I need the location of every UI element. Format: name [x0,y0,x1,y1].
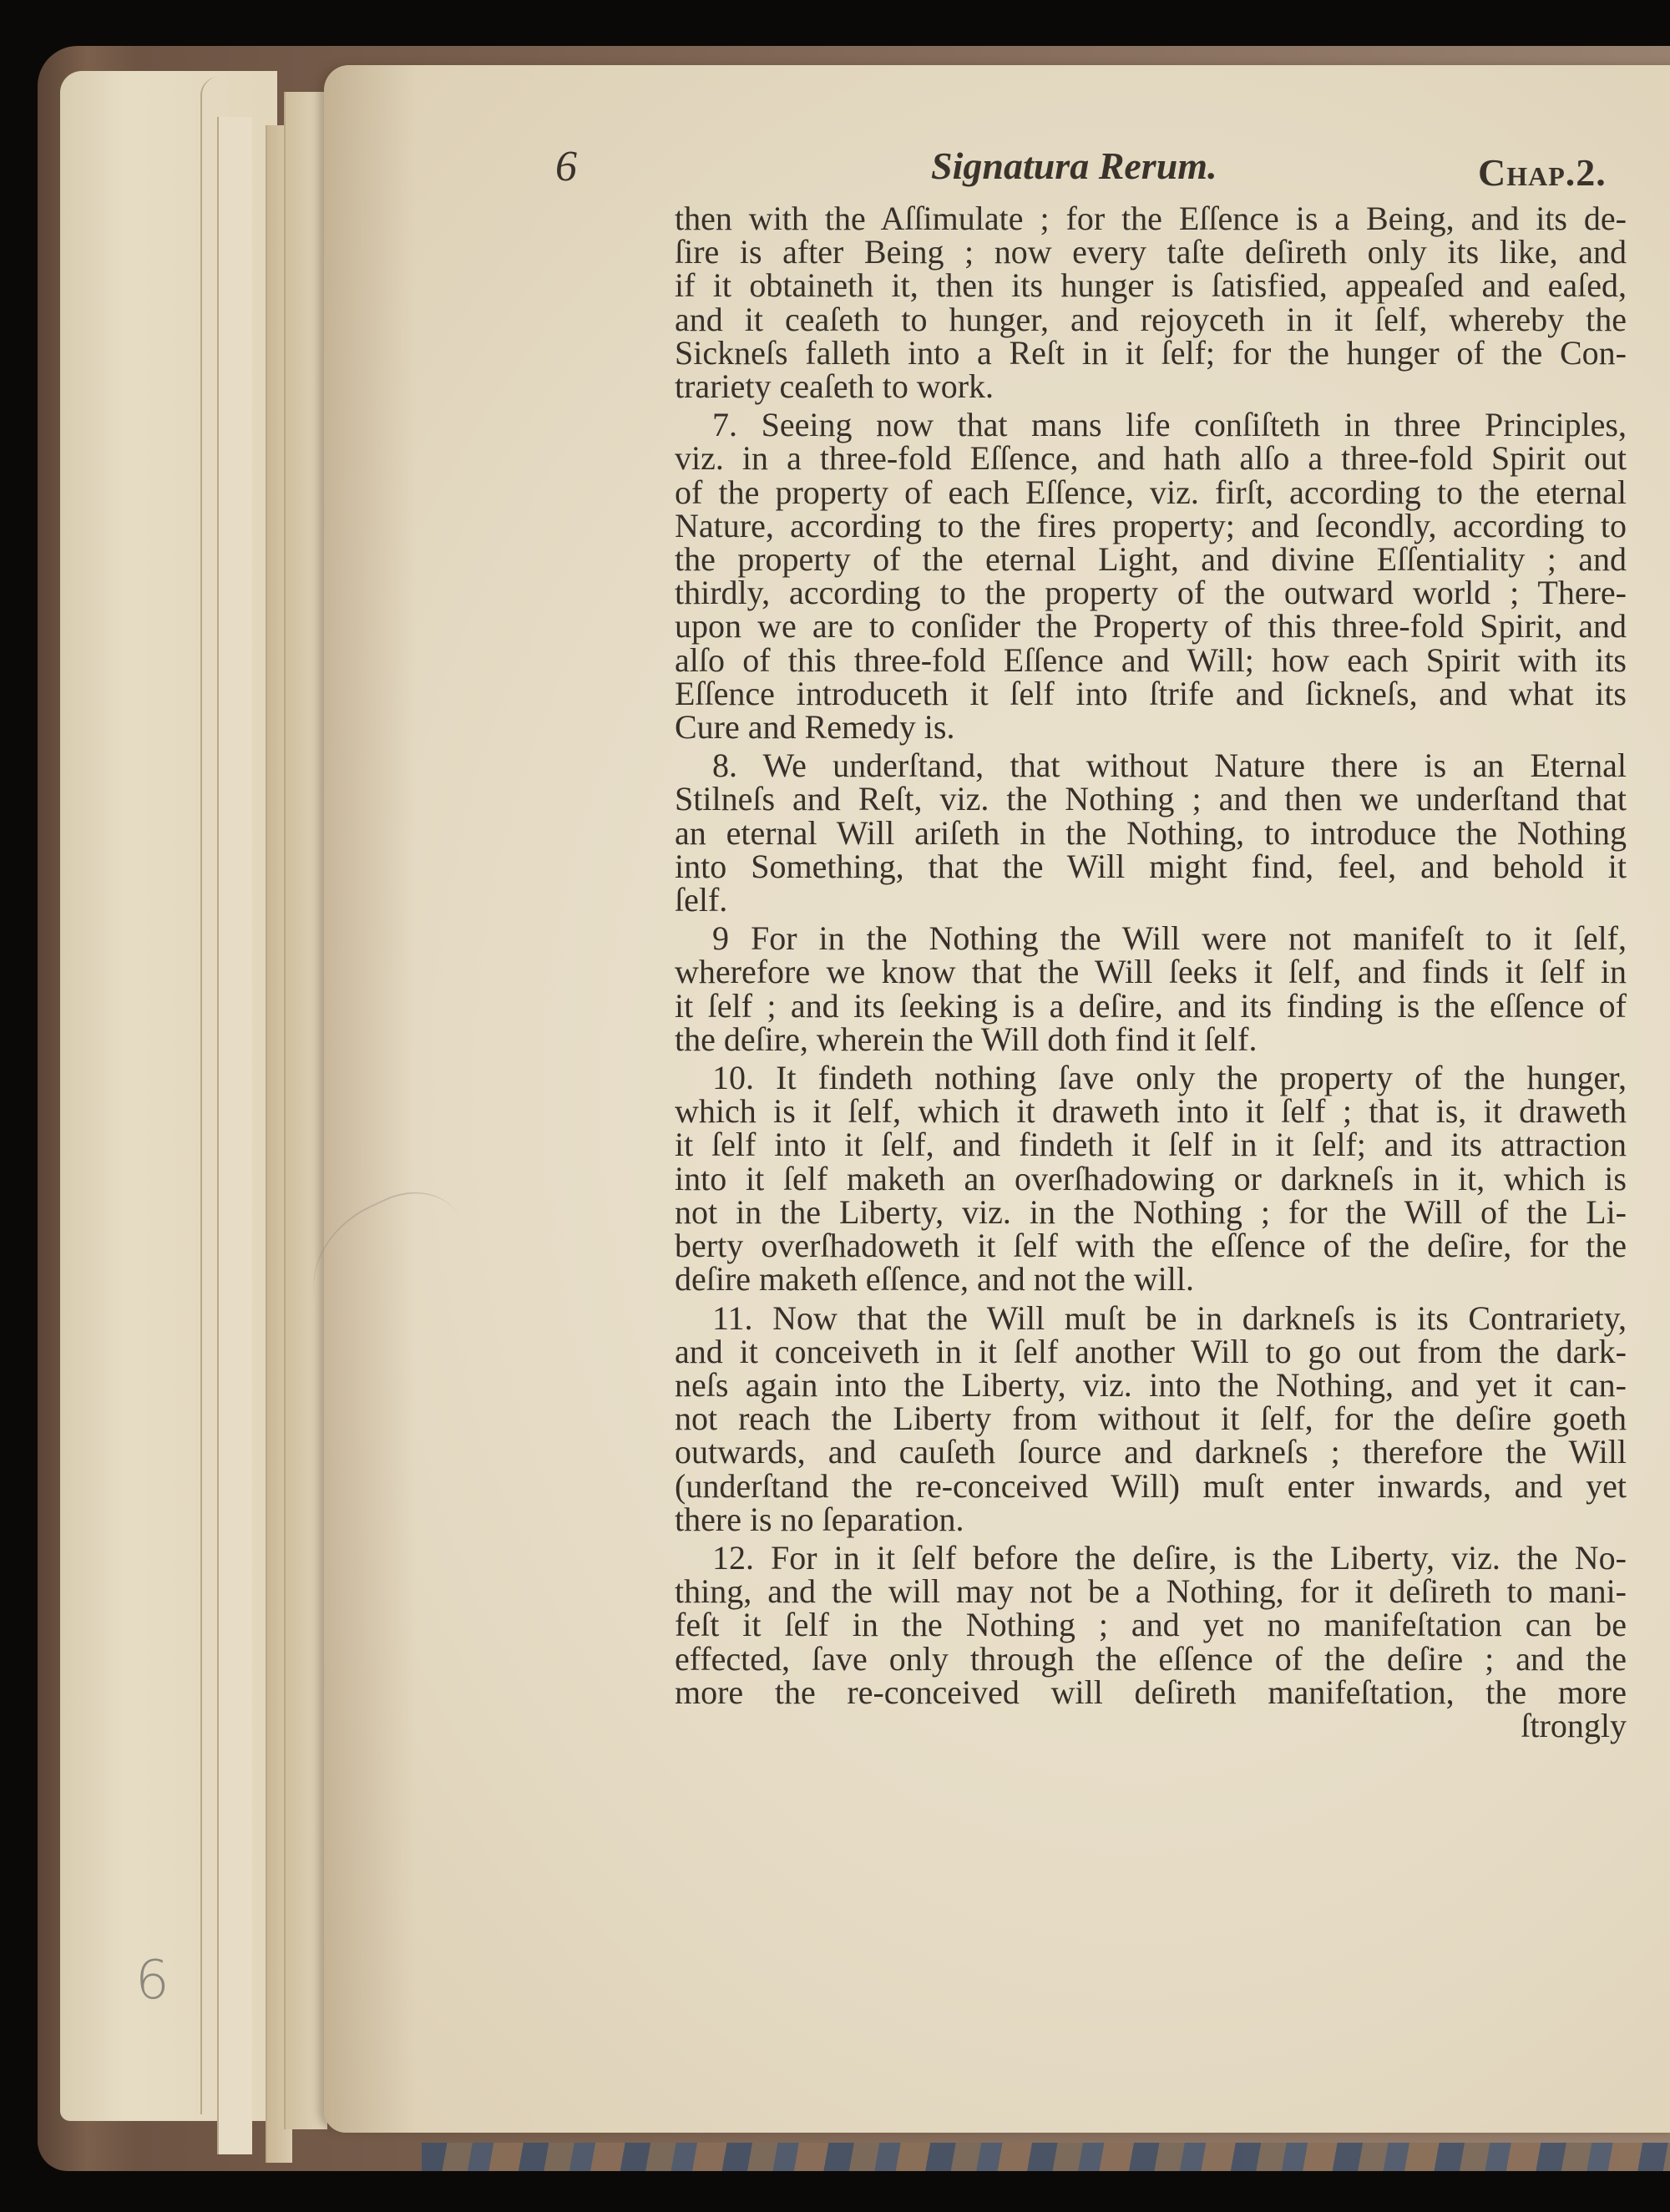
text-line: the deſire, wherein the Will doth find i… [675,1023,1627,1056]
text-line: effected, ſave only through the eſſence … [675,1643,1627,1676]
text-line: 12. For in it ſelf before the deſire, is… [675,1541,1627,1575]
text-line: into it ſelf maketh an overſhadowing or … [675,1162,1627,1196]
paragraph-10: 10. It findeth nothing ſave only the pro… [675,1061,1627,1296]
text-line: and it ceaſeth to hunger, and rejoyceth … [675,303,1627,337]
text-line: and it conceiveth in it ſelf another Wil… [675,1335,1627,1369]
text-line: deſire maketh eſſence, and not the will. [675,1263,1627,1296]
running-title: Signatura Rerum. [931,144,1217,188]
text-line: feſt it ſelf in the Nothing ; and yet no… [675,1608,1627,1642]
paragraph-11: 11. Now that the Will muſt be in darkneſ… [675,1302,1627,1536]
text-line: upon we are to conſider the Property of … [675,610,1627,643]
page-number: 6 [555,142,577,191]
text-line: 10. It findeth nothing ſave only the pro… [675,1061,1627,1095]
text-line: more the re-conceived will deſireth mani… [675,1676,1627,1709]
paragraph: then with the Aſſimulate ; for the Eſſen… [675,202,1627,403]
text-line: ſire is after Being ; now every taſte de… [675,235,1627,269]
text-line: thirdly, according to the property of th… [675,576,1627,610]
text-line: Nature, according to the fires property;… [675,509,1627,543]
text-line: Stilneſs and Reſt, viz. the Nothing ; an… [675,782,1627,816]
text-line: 11. Now that the Will muſt be in darkneſ… [675,1302,1627,1335]
page-edge [217,117,252,2154]
chapter-heading: Chap.2. [1478,150,1607,195]
paragraph-7: 7. Seeing now that mans life conſiſteth … [675,408,1627,744]
text-line: ſelf. [675,883,1627,917]
paragraph-9: 9 For in the Nothing the Will were not m… [675,922,1627,1056]
text-line: if it obtaineth it, then its hunger is ſ… [675,269,1627,302]
text-line: Cure and Remedy is. [675,711,1627,744]
text-line: there is no ſeparation. [675,1503,1627,1536]
text-line: then with the Aſſimulate ; for the Eſſen… [675,202,1627,235]
text-line: Sickneſs falleth into a Reſt in it ſelf;… [675,337,1627,370]
text-line: (underſtand the re-conceived Will) muſt … [675,1470,1627,1503]
margin-pencil-number: 6 [135,1950,170,2012]
page-edge [284,92,327,2129]
text-line: it ſelf into it ſelf, and findeth it ſel… [675,1128,1627,1162]
text-line: 7. Seeing now that mans life conſiſteth … [675,408,1627,442]
text-line: into Something, that the Will might find… [675,850,1627,883]
text-line: outwards, and cauſeth ſource and darkneſ… [675,1435,1627,1469]
marbled-cover-edge [422,2143,1670,2171]
text-line: 8. We underſtand, that without Nature th… [675,749,1627,782]
text-line: viz. in a three-fold Eſſence, and hath a… [675,442,1627,475]
text-line: trariety ceaſeth to work. [675,370,1627,403]
paragraph-8: 8. We underſtand, that without Nature th… [675,749,1627,917]
catchword: ſtrongly [675,1709,1627,1743]
text-line: berty overſhadoweth it ſelf with the eſſ… [675,1229,1627,1263]
text-line: wherefore we know that the Will ſeeks it… [675,955,1627,989]
text-line: the property of the eternal Light, and d… [675,543,1627,576]
text-line: neſs again into the Liberty, viz. into t… [675,1369,1627,1402]
text-line: not reach the Liberty from without it ſe… [675,1402,1627,1435]
paragraph-12: 12. For in it ſelf before the deſire, is… [675,1541,1627,1709]
text-line: Eſſence introduceth it ſelf into ſtrife … [675,677,1627,711]
text-line: not in the Liberty, viz. in the Nothing … [675,1196,1627,1229]
text-line: of the property of each Eſſence, viz. fi… [675,476,1627,509]
text-line: which is it ſelf, which it draweth into … [675,1095,1627,1128]
text-line: an eternal Will ariſeth in the Nothing, … [675,817,1627,850]
body-text: then with the Aſſimulate ; for the Eſſen… [675,202,1627,1743]
text-line: thing, and the will may not be a Nothing… [675,1575,1627,1608]
text-line: 9 For in the Nothing the Will were not m… [675,922,1627,955]
text-line: alſo of this three-fold Eſſence and Will… [675,644,1627,677]
text-line: it ſelf ; and its ſeeking is a deſire, a… [675,990,1627,1023]
